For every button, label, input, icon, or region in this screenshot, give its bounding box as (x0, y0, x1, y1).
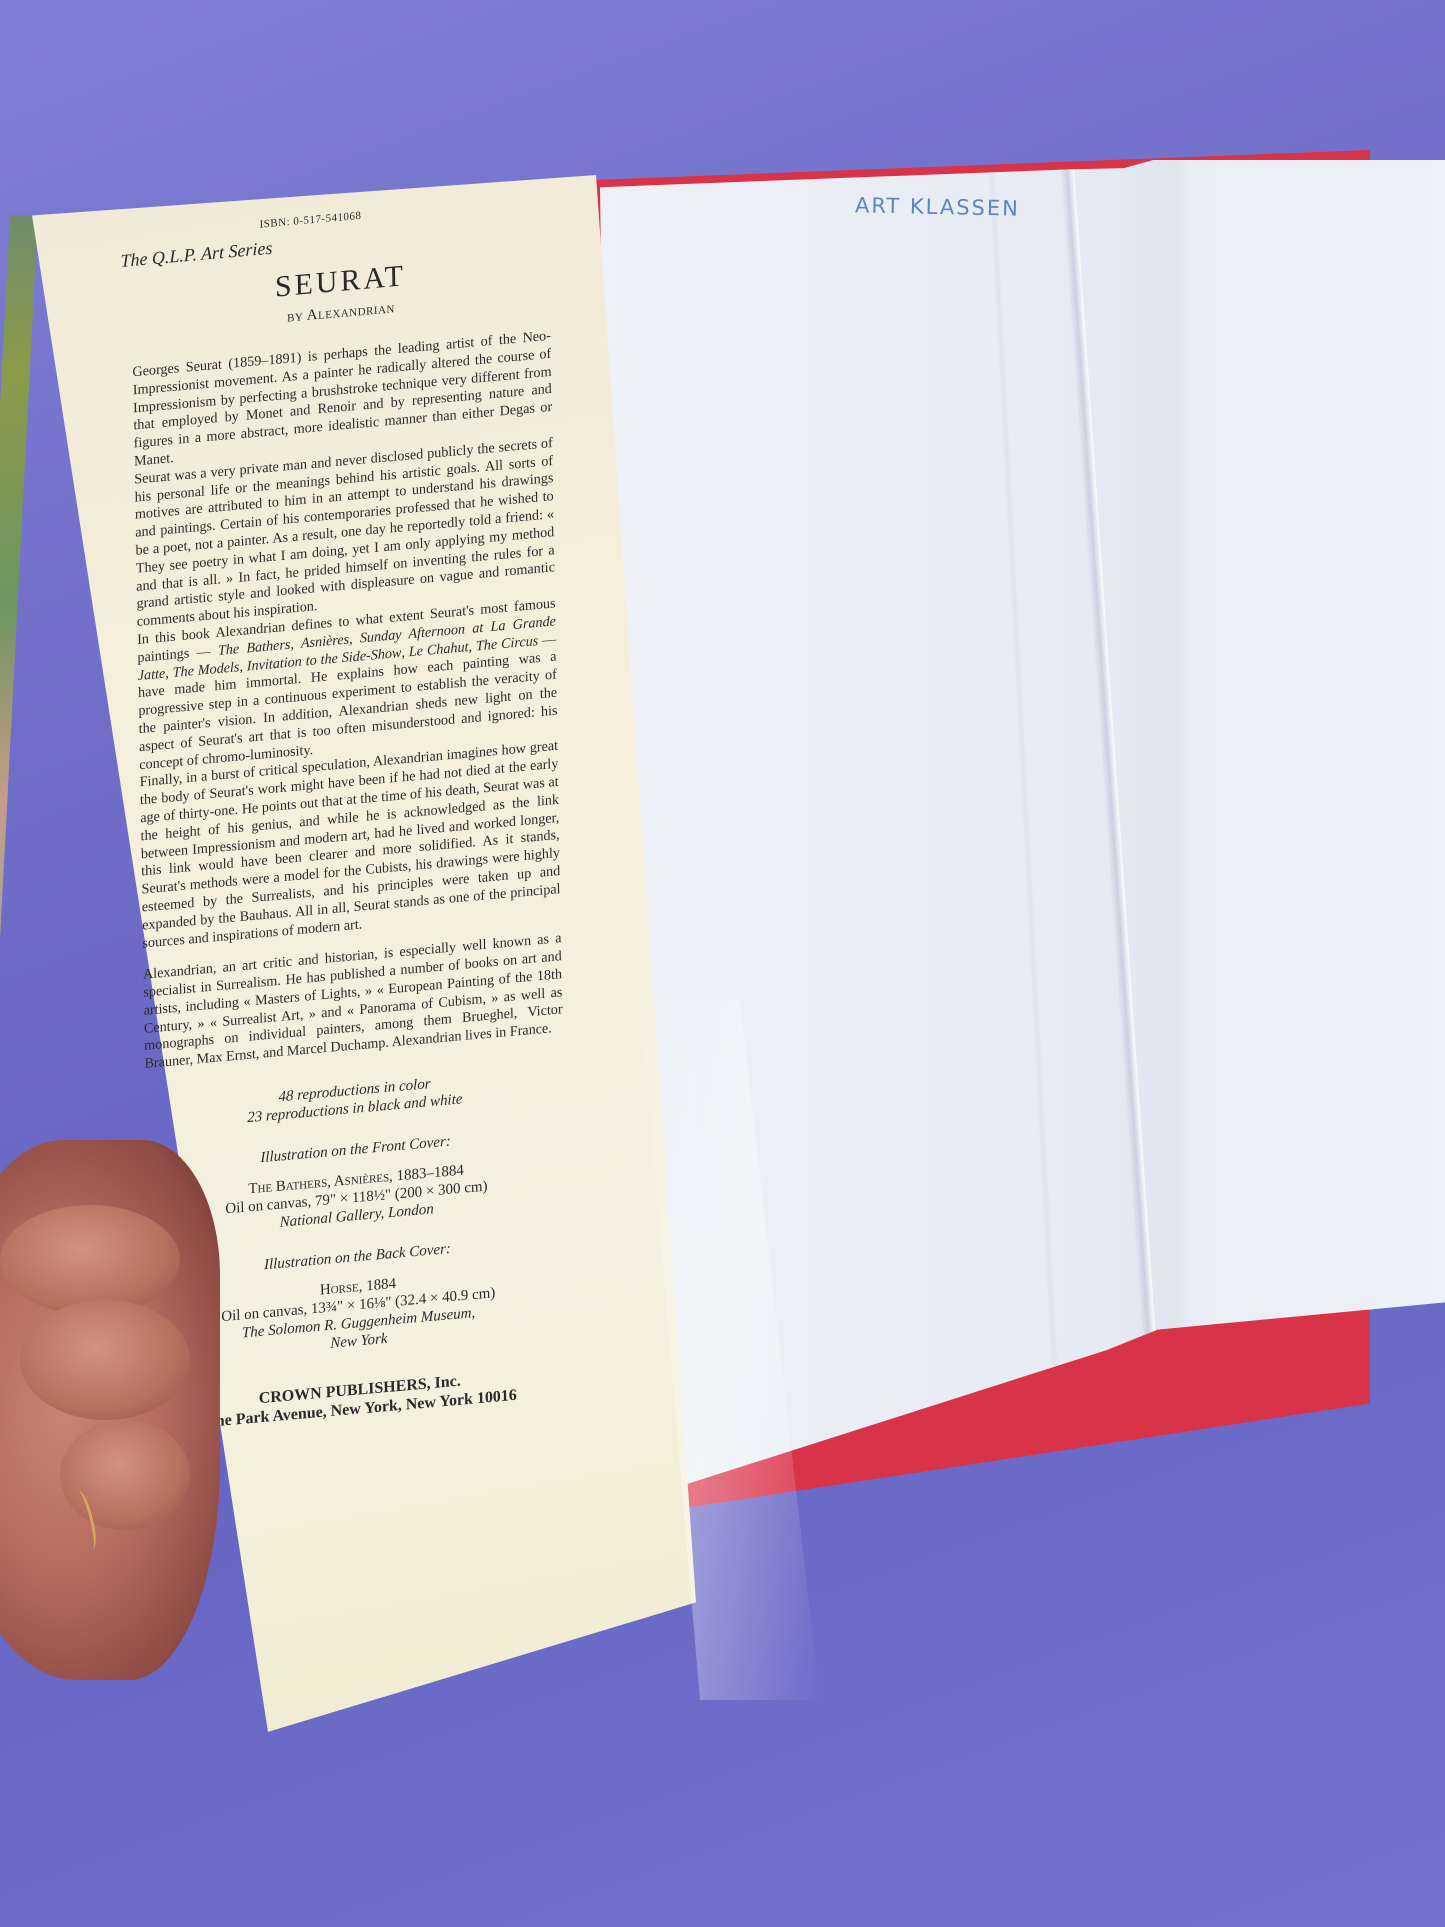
reproductions-info: 48 reproductions in color 23 reproductio… (145, 1063, 564, 1136)
description-body: Georges Seurat (1859–1891) is perhaps th… (132, 328, 563, 1074)
page-crease (987, 160, 1066, 1520)
author-name: Alexandrian (307, 300, 395, 324)
finger (0, 1205, 180, 1315)
description-paragraph: Finally, in a burst of critical speculat… (140, 738, 562, 953)
endpaper-hinge-fold (1059, 160, 1168, 1520)
photo-scene: ART KLASSEN ISBN: 0-517-541068 The Q.L.P… (0, 0, 1445, 1927)
byline-prefix: by (287, 308, 303, 325)
handwritten-inscription: ART KLASSEN (855, 193, 1020, 220)
jacket-spine-edge (0, 215, 38, 995)
about-author: Alexandrian, an art critic and historian… (143, 930, 563, 1074)
finger (20, 1300, 190, 1420)
